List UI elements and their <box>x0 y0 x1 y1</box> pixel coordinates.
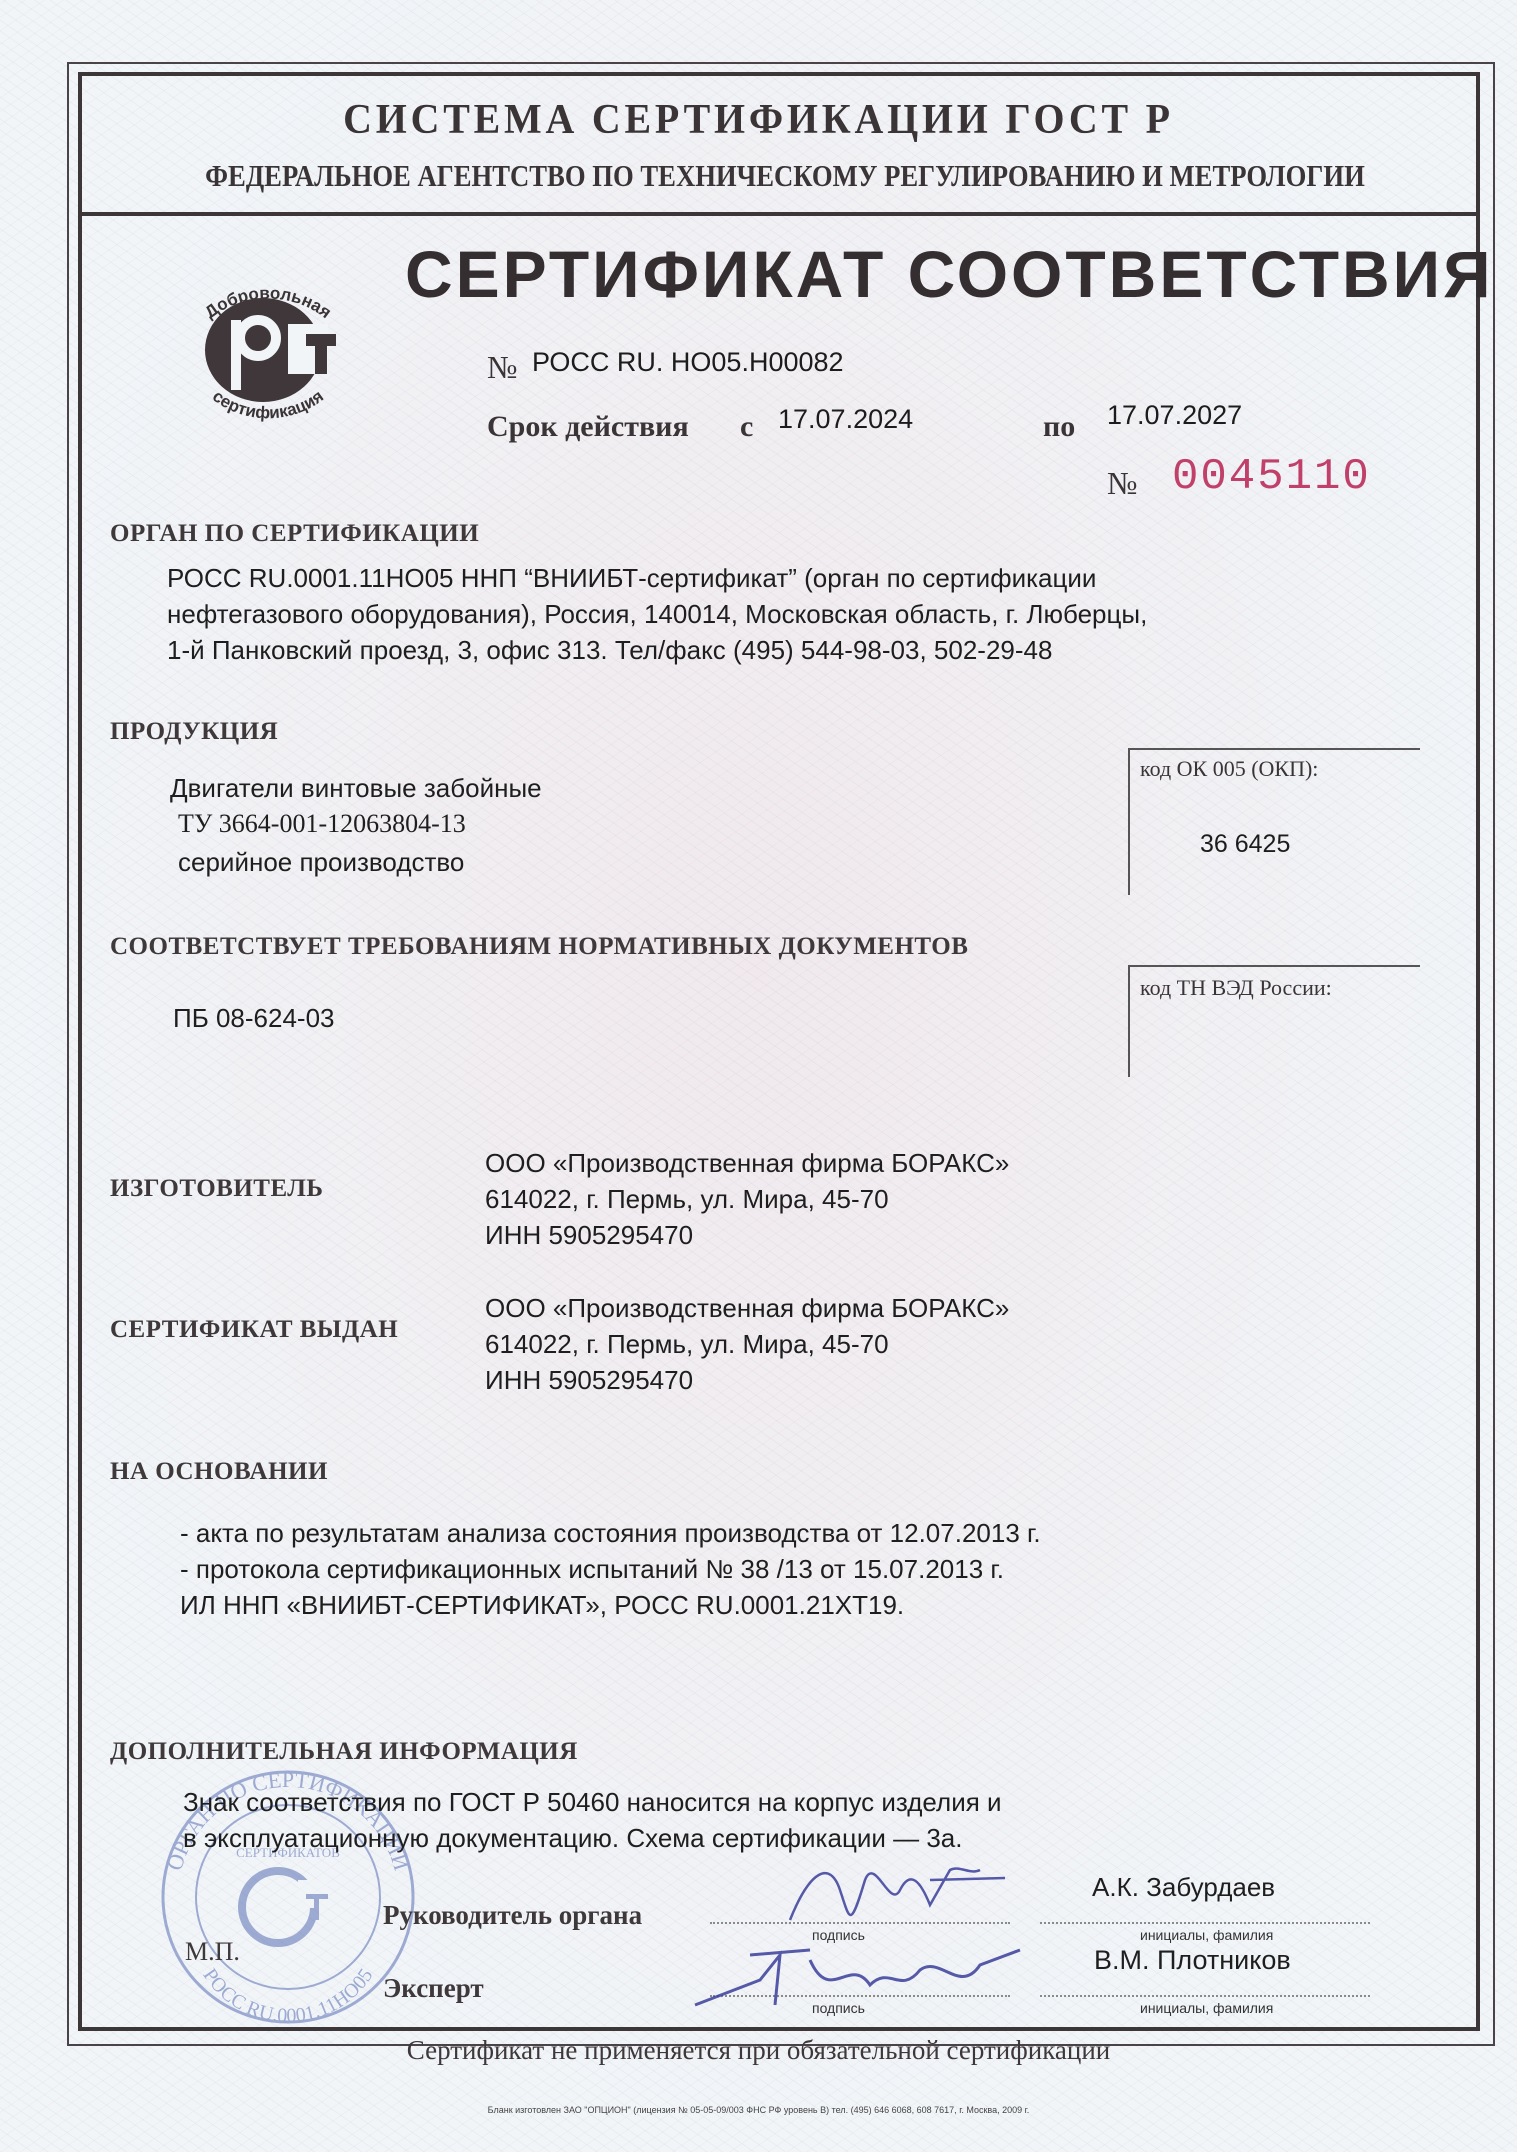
conformity-label: СООТВЕТСТВУЕТ ТРЕБОВАНИЯМ НОРМАТИВНЫХ ДО… <box>110 933 968 961</box>
head-name-line <box>1040 1922 1370 1924</box>
normative-document: ПБ 08-624-03 <box>173 1000 335 1036</box>
expert-signature <box>690 1935 1030 2030</box>
basis-line: - акта по результатам анализа состояния … <box>180 1515 1041 1551</box>
certification-body-line: 1-й Панковский проезд, 3, офис 313. Тел/… <box>167 632 1147 668</box>
product-spec: ТУ 3664-001-12063804-13 <box>178 806 466 842</box>
manufacturer-name: ООО «Производственная фирма БОРАКС» <box>485 1145 1009 1181</box>
voluntary-notice: Сертификат не применяется при обязательн… <box>0 2035 1517 2066</box>
expert-name-caption: инициалы, фамилия <box>1140 2000 1273 2016</box>
stamp-place-label: М.П. <box>185 1937 240 1967</box>
issued-to-label: СЕРТИФИКАТ ВЫДАН <box>110 1316 398 1344</box>
handwritten-signature-icon <box>780 1850 1010 1940</box>
issued-to-address: 614022, г. Пермь, ул. Мира, 45-70 <box>485 1326 1009 1362</box>
validity-label: Срок действия <box>487 410 689 444</box>
handwritten-signature-icon <box>690 1935 1030 2025</box>
issued-to-details: ООО «Производственная фирма БОРАКС» 6140… <box>485 1290 1009 1398</box>
blank-serial-number: 0045110 <box>1172 452 1371 502</box>
head-of-body-label: Руководитель органа <box>383 1900 642 1931</box>
system-title: СИСТЕМА СЕРТИФИКАЦИИ ГОСТ Р <box>38 96 1479 144</box>
manufacturer-details: ООО «Производственная фирма БОРАКС» 6140… <box>485 1145 1009 1253</box>
additional-info-line: Знак соответствия по ГОСТ Р 50460 наноси… <box>183 1784 1002 1820</box>
printer-note: Бланк изготовлен ЗАО "ОПЦИОН" (лицензия … <box>0 2105 1517 2115</box>
manufacturer-address: 614022, г. Пермь, ул. Мира, 45-70 <box>485 1181 1009 1217</box>
certificate-number: РОСС RU. НО05.Н00082 <box>532 347 844 378</box>
basis-label: НА ОСНОВАНИИ <box>110 1458 328 1486</box>
validity-from-label: с <box>740 410 753 444</box>
validity-to-label: по <box>1043 410 1075 444</box>
number-sign: № <box>487 349 518 386</box>
manufacturer-inn: ИНН 5905295470 <box>485 1217 1009 1253</box>
header-divider <box>78 212 1480 216</box>
certification-body-line: нефтегазового оборудования), Россия, 140… <box>167 596 1147 632</box>
expert-name-line <box>1040 1995 1370 1997</box>
issued-to-name: ООО «Производственная фирма БОРАКС» <box>485 1290 1009 1326</box>
validity-from-date: 17.07.2024 <box>778 404 913 435</box>
certificate-title: СЕРТИФИКАТ СООТВЕТСТВИЯ <box>405 236 1494 312</box>
tnved-code-label: код ТН ВЭД России: <box>1140 975 1332 1001</box>
okp-code-label: код ОК 005 (ОКП): <box>1140 756 1318 782</box>
basis-details: - акта по результатам анализа состояния … <box>180 1515 1041 1623</box>
basis-line: ИЛ ННП «ВНИИБТ-СЕРТИФИКАТ», РОСС RU.0001… <box>180 1587 1041 1623</box>
expert-name: В.М. Плотников <box>1094 1945 1291 1976</box>
issued-to-inn: ИНН 5905295470 <box>485 1362 1009 1398</box>
expert-label: Эксперт <box>383 1973 484 2004</box>
certification-body-label: ОРГАН ПО СЕРТИФИКАЦИИ <box>110 520 479 548</box>
validity-to-date: 17.07.2027 <box>1107 400 1242 431</box>
head-of-body-name: А.К. Забурдаев <box>1092 1872 1275 1903</box>
rst-voluntary-certification-icon: Добровольная сертификация <box>168 262 368 432</box>
svg-text:РОСС RU.0001.11НО05: РОСС RU.0001.11НО05 <box>199 1965 378 2027</box>
agency-name: ФЕДЕРАЛЬНОЕ АГЕНТСТВО ПО ТЕХНИЧЕСКОМУ РЕ… <box>187 158 1382 194</box>
head-name-caption: инициалы, фамилия <box>1140 1927 1273 1943</box>
additional-info-text: Знак соответствия по ГОСТ Р 50460 наноси… <box>183 1784 1002 1856</box>
certification-body-text: РОСС RU.0001.11НО05 ННП “ВНИИБТ-сертифик… <box>167 560 1147 668</box>
basis-line: - протокола сертификационных испытаний №… <box>180 1551 1041 1587</box>
additional-info-label: ДОПОЛНИТЕЛЬНАЯ ИНФОРМАЦИЯ <box>110 1738 578 1766</box>
certification-body-line: РОСС RU.0001.11НО05 ННП “ВНИИБТ-сертифик… <box>167 560 1147 596</box>
okp-code-value: 36 6425 <box>1200 830 1290 859</box>
product-name: Двигатели винтовые забойные <box>170 770 542 806</box>
head-signature <box>780 1850 1010 1945</box>
product-label: ПРОДУКЦИЯ <box>110 718 278 746</box>
rst-logo: Добровольная сертификация <box>168 262 368 432</box>
product-production-type: серийное производство <box>178 844 464 880</box>
blank-number-sign: № <box>1107 465 1138 502</box>
manufacturer-label: ИЗГОТОВИТЕЛЬ <box>110 1175 323 1203</box>
